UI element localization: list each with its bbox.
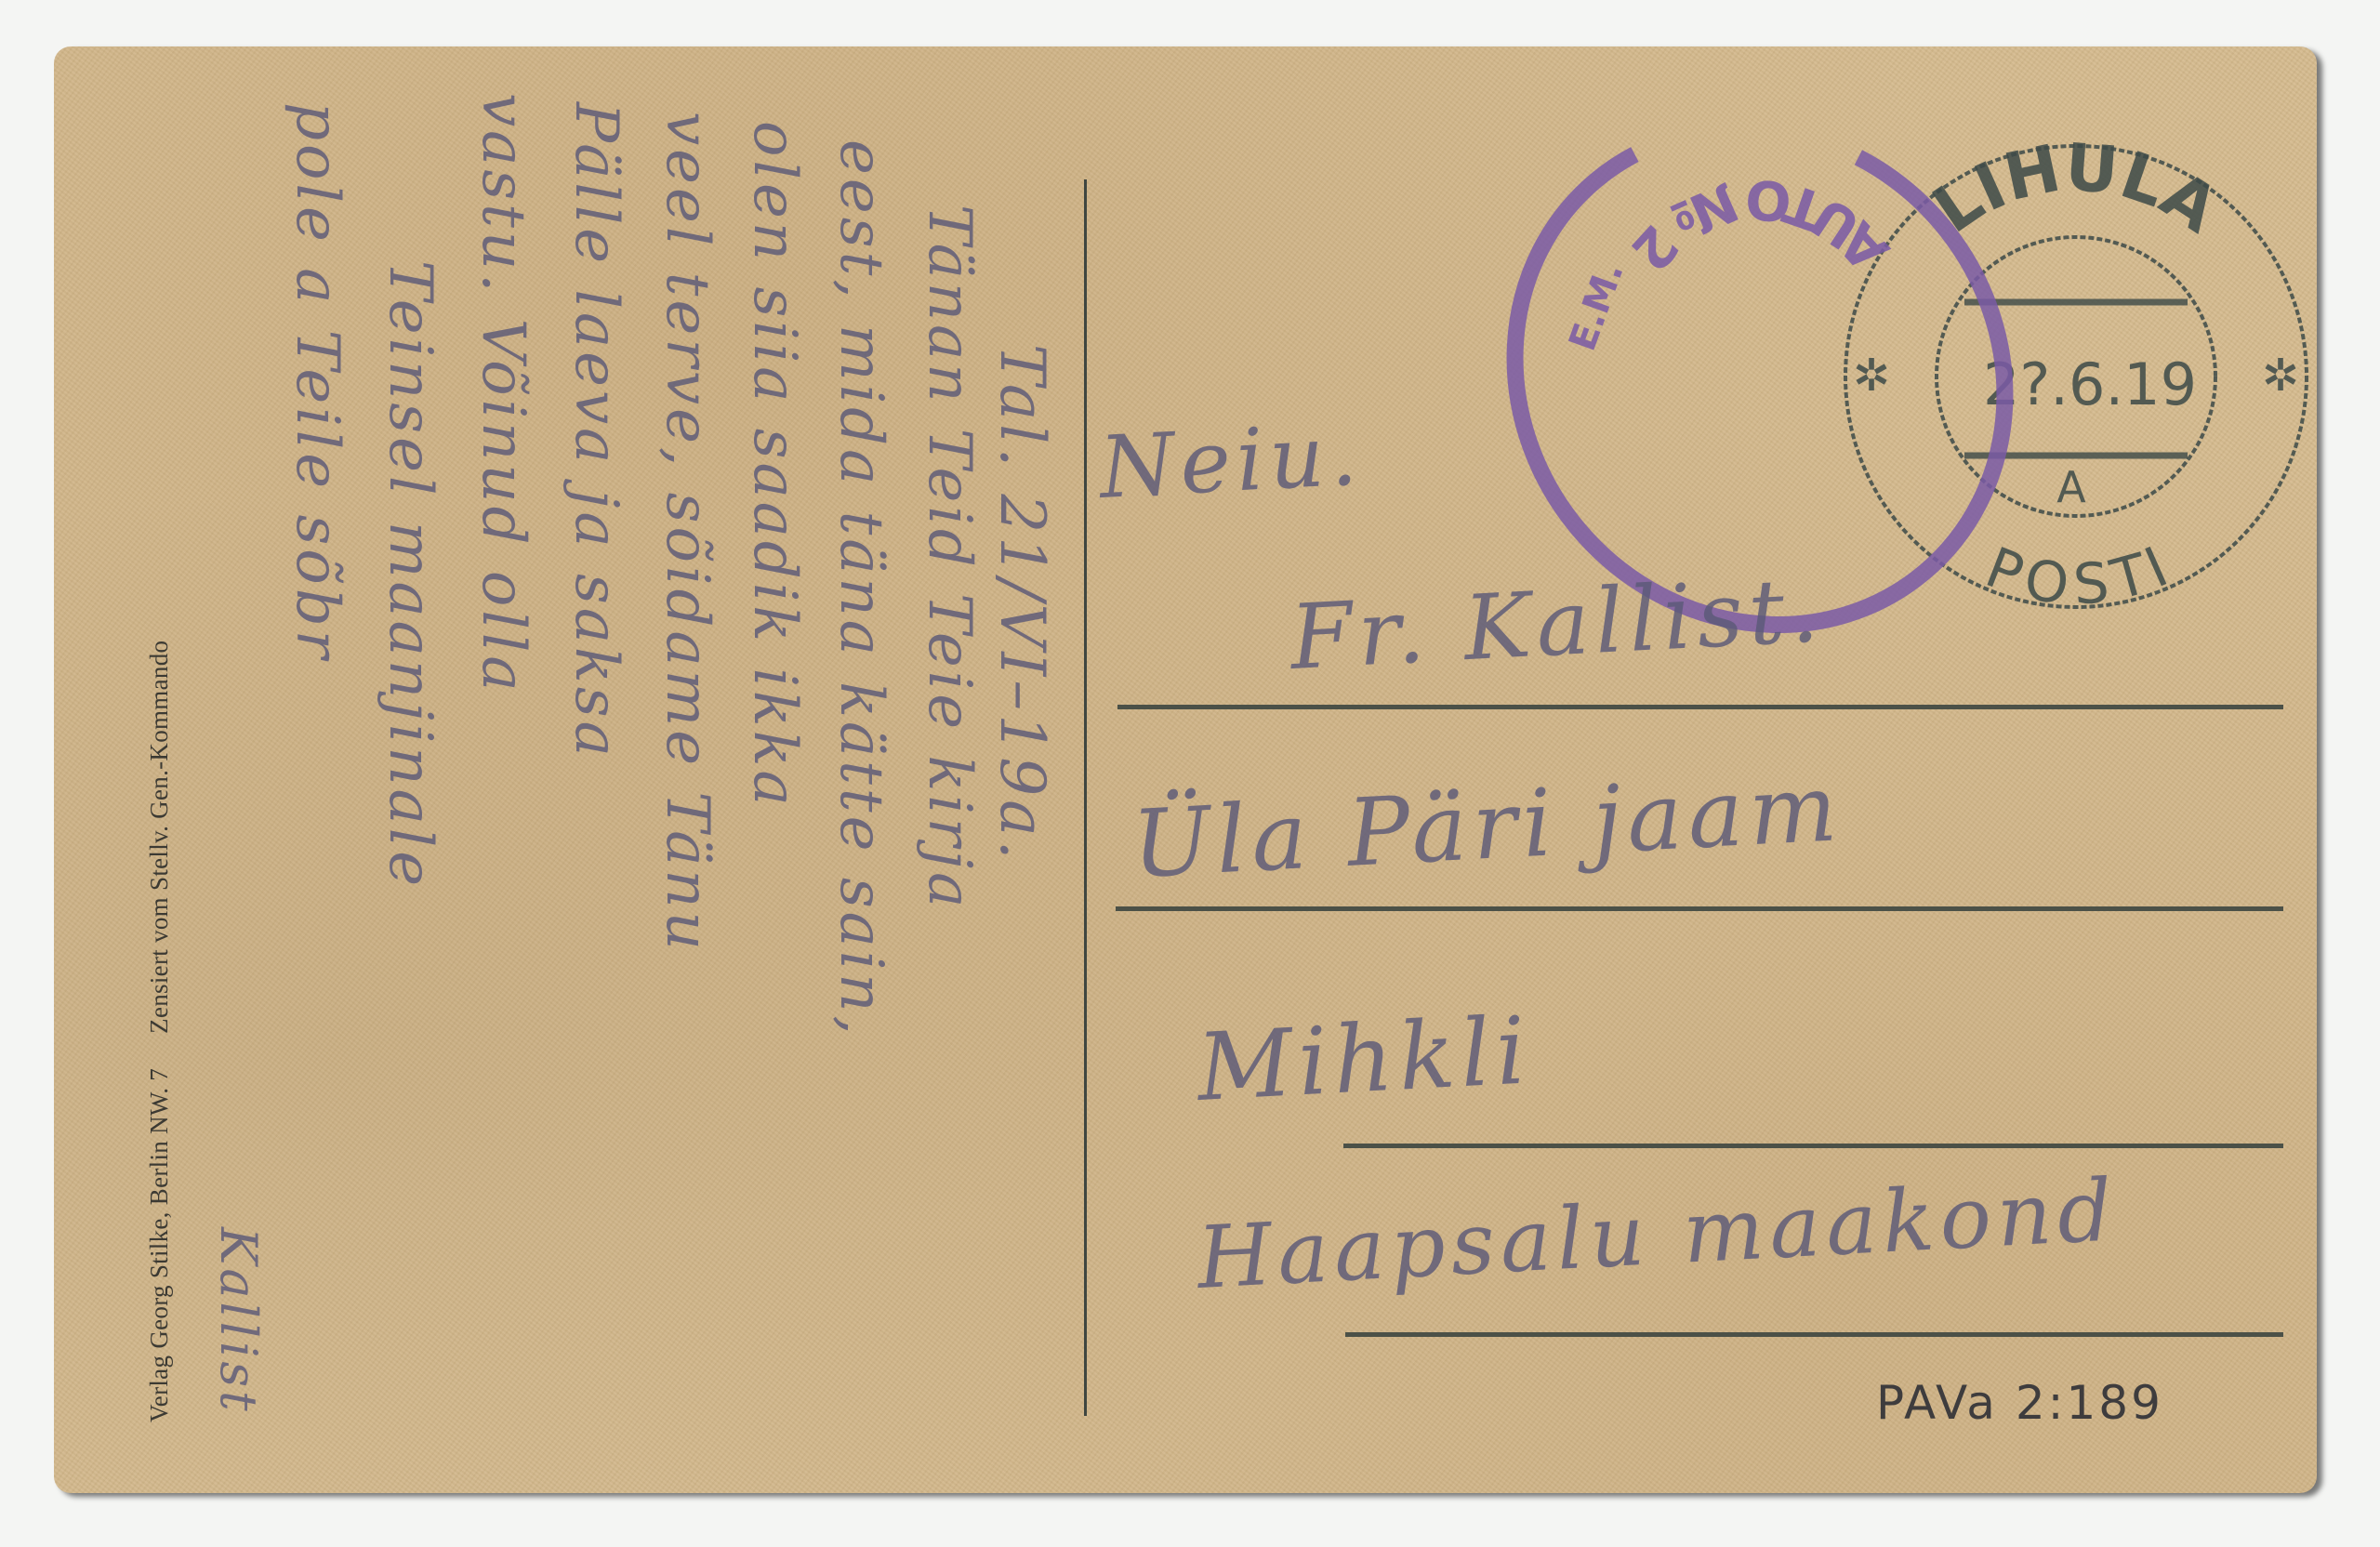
message-line: olen siia saadik ikka (740, 121, 809, 810)
publisher-imprint: Verlag Georg Stilke, Berlin NW. 7 Zensie… (145, 613, 174, 1422)
svg-text:✲: ✲ (2262, 350, 2299, 402)
address-rule (1343, 1144, 2283, 1148)
archive-number: PAVa 2:189 (1876, 1376, 2163, 1430)
svg-text:AUTO № 2: AUTO № 2 (1619, 167, 1901, 284)
postcard: Verlag Georg Stilke, Berlin NW. 7 Zensie… (54, 46, 2317, 1493)
address-line: Fr. Kallist. (1288, 558, 1826, 690)
message-line: vastu. Võinud olla (469, 93, 537, 695)
message-line: pole a Teile sõbr (283, 102, 351, 662)
message-line: Pälle laeva ja saksa (562, 102, 630, 760)
message-line: Tänan Teid Teie kirja (915, 205, 984, 911)
address-rule (1116, 906, 2283, 911)
address-rule (1117, 705, 2283, 709)
publisher-text: Verlag Georg Stilke, Berlin NW. 7 (145, 1068, 173, 1422)
message-line: eest, mida täna kätte sain, (826, 139, 895, 1038)
censor-text: Zensiert vom Stellv. Gen.-Kommando (145, 641, 173, 1034)
message-date: Tal. 21/VI–19a. (986, 344, 1058, 864)
address-rule (1345, 1332, 2283, 1337)
address-line: Üla Päri jaam (1130, 753, 1845, 899)
signature: Kallist (209, 1227, 268, 1415)
divider-line (1084, 179, 1087, 1416)
address-line: Neiu. (1097, 404, 1365, 518)
svg-text:A: A (2056, 462, 2086, 512)
message-line: veel terve, sõidame Tänu (653, 112, 721, 954)
message-line: Teinsel maanjinale (376, 260, 444, 890)
address-line: Haapsalu maakond (1195, 1160, 2120, 1308)
address-line: Mihkli (1195, 996, 1534, 1122)
svg-text:E.M.: E.M. (1561, 257, 1633, 356)
